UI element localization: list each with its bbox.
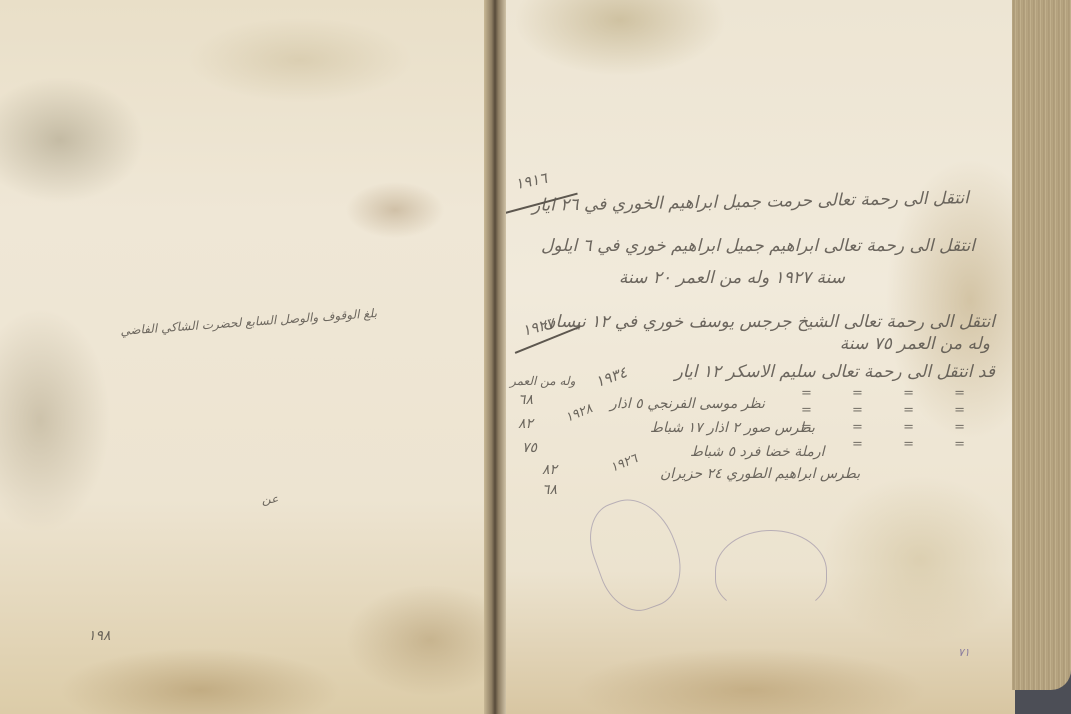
left-page: بلغ الوقوف والوصل السابع لحضرت الشاكي ال… <box>0 0 492 714</box>
list-row-4: بطرس ابراهيم الطوري ٢٤ حزيران <box>660 466 860 482</box>
book-spine-gutter <box>484 0 506 714</box>
left-page-note: بلغ الوقوف والوصل السابع لحضرت الشاكي ال… <box>120 306 378 338</box>
list-row-1-year: ١٩٢٨ <box>563 401 595 425</box>
list-row-3-year: ١٩٢٦ <box>608 451 640 475</box>
entry-4-year: ١٩٢٧ <box>520 314 556 340</box>
page-edges <box>1012 0 1071 690</box>
list-row-3-age: ٧٥ <box>522 440 537 456</box>
pencil-sketch <box>715 530 827 612</box>
entry-2: انتقل الى رحمة تعالى ابراهيم جميل ابراهي… <box>541 236 975 256</box>
left-page-mark: عن <box>262 492 278 506</box>
right-page: انتقل الى رحمة تعالى حرمت جميل ابراهيم ا… <box>500 0 1015 714</box>
pencil-sketch <box>578 487 693 620</box>
entry-1-year: ١٩١٦ <box>513 169 548 193</box>
list-row-1-age: ٦٨ <box>518 392 533 408</box>
entry-3: سنة ١٩٢٧ وله من العمر ٢٠ سنة <box>619 268 845 288</box>
entry-5: وله من العمر ٧٥ سنة <box>840 334 990 354</box>
list-row-2-age: ٨٢ <box>518 416 533 432</box>
entry-6-year: ١٩٣٤ <box>593 363 629 391</box>
list-row-5-age: ٦٨ <box>542 482 557 498</box>
entry-1: انتقل الى رحمة تعالى حرمت جميل ابراهيم ا… <box>532 188 969 216</box>
age-header: وله من العمر <box>510 374 575 388</box>
entry-6: قد انتقل الى رحمة تعالى سليم الاسكر ١٢ ا… <box>675 362 995 382</box>
corner-mark: ٧١ <box>958 646 970 659</box>
list-row-1: نظر موسى الفرنجي ٥ اذار <box>610 396 765 412</box>
list-row-4-age: ٨٢ <box>542 462 557 478</box>
ditto-marks: = = = == = = == = = == = = <box>801 385 983 453</box>
list-row-2: بطرس صور ٢ اذار ١٧ شباط <box>650 420 815 436</box>
entry-4: انتقل الى رحمة تعالى الشيخ جرجس يوسف خور… <box>543 312 995 332</box>
folio-number: ١٩٨ <box>88 628 111 644</box>
